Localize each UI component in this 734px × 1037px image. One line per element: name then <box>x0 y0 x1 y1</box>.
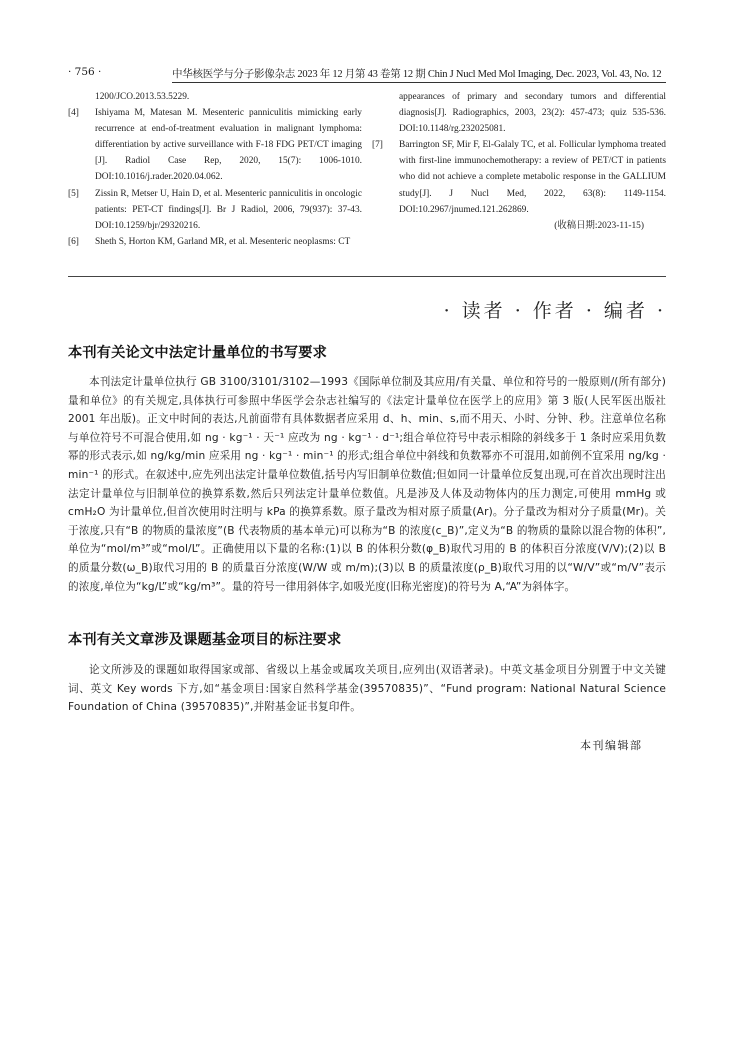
reference-item: [7] Barrington SF, Mir F, El-Galaly TC, … <box>372 137 666 217</box>
reference-text: Sheth S, Horton KM, Garland MR, et al. M… <box>95 237 350 247</box>
reference-continuation: appearances of primary and secondary tum… <box>372 89 666 137</box>
received-date: (收稿日期:2023-11-15) <box>372 218 666 234</box>
reference-item: [6] Sheth S, Horton KM, Garland MR, et a… <box>68 234 362 250</box>
section-body: 本刊法定计量单位执行 GB 3100/3101/3102—1993《国际单位制及… <box>68 373 666 596</box>
reference-number: [6] <box>68 234 79 250</box>
reference-item: [4] Ishiyama M, Matesan M. Mesenteric pa… <box>68 105 362 185</box>
section-divider <box>68 276 666 277</box>
reference-text: Ishiyama M, Matesan M. Mesenteric pannic… <box>95 108 362 182</box>
reference-text: Barrington SF, Mir F, El-Galaly TC, et a… <box>399 140 666 214</box>
column-title: · 读者 · 作者 · 编者 · <box>444 296 666 323</box>
page-number: · 756 · <box>68 66 101 78</box>
reference-continuation: 1200/JCO.2013.53.5229. <box>68 89 362 105</box>
reference-number: [4] <box>68 105 79 121</box>
reference-number: [7] <box>372 137 383 153</box>
reference-number: [5] <box>68 186 79 202</box>
signature: 本刊编辑部 <box>580 737 643 753</box>
reference-text: Zissin R, Metser U, Hain D, et al. Mesen… <box>95 189 362 231</box>
running-header: 中华核医学与分子影像杂志 2023 年 12 月第 43 卷第 12 期 Chi… <box>172 66 666 83</box>
section-body: 论文所涉及的课题如取得国家或部、省级以上基金或属攻关项目,应列出(双语著录)。中… <box>68 661 666 717</box>
references-left-column: 1200/JCO.2013.53.5229. [4] Ishiyama M, M… <box>68 89 362 250</box>
section-title: 本刊有关文章涉及课题基金项目的标注要求 <box>68 629 341 649</box>
references-right-column: appearances of primary and secondary tum… <box>372 89 666 234</box>
reference-item: [5] Zissin R, Metser U, Hain D, et al. M… <box>68 186 362 234</box>
section-title: 本刊有关论文中法定计量单位的书写要求 <box>68 342 327 362</box>
